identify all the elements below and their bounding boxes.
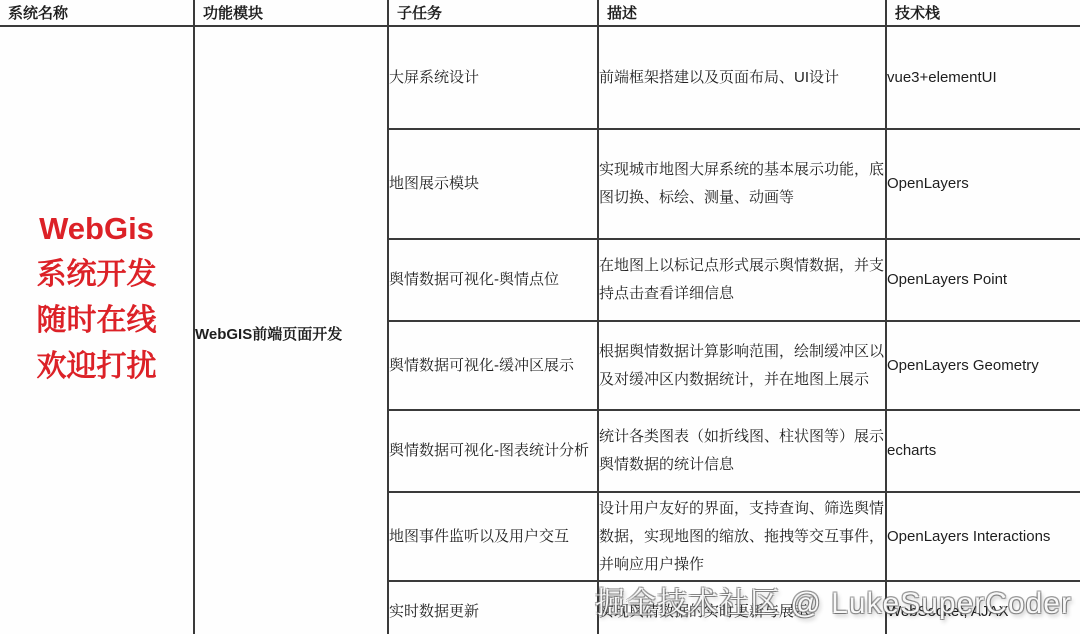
header-stack: 技术栈 <box>886 0 1080 26</box>
description-cell: 设计用户友好的界面，支持查询、筛选舆情数据，实现地图的缩放、拖拽等交互事件，并响… <box>598 492 886 581</box>
task-table: 系统名称 功能模块 子任务 描述 技术栈 WebGis 系统开发 随时在线 欢迎… <box>0 0 1080 634</box>
promo-title: WebGis <box>39 206 154 252</box>
subtask-cell: 地图展示模块 <box>388 129 598 239</box>
description-cell: 前端框架搭建以及页面布局、UI设计 <box>598 26 886 129</box>
header-description: 描述 <box>598 0 886 26</box>
module-cell: WebGIS前端页面开发 <box>194 26 388 634</box>
stack-cell: OpenLayers Interactions <box>886 492 1080 581</box>
promo-line: 欢迎打扰 <box>37 344 157 390</box>
stack-cell: OpenLayers Point <box>886 239 1080 321</box>
subtask-cell: 舆情数据可视化-缓冲区展示 <box>388 321 598 410</box>
system-name-cell: WebGis 系统开发 随时在线 欢迎打扰 <box>0 26 194 634</box>
promo-line: 系统开发 <box>37 252 157 298</box>
header-subtask: 子任务 <box>388 0 598 26</box>
stack-cell: OpenLayers Geometry <box>886 321 1080 410</box>
stack-cell: vue3+elementUI <box>886 26 1080 129</box>
subtask-cell: 大屏系统设计 <box>388 26 598 129</box>
stack-cell: OpenLayers <box>886 129 1080 239</box>
subtask-cell: 舆情数据可视化-图表统计分析 <box>388 410 598 492</box>
promo-line: 随时在线 <box>37 298 157 344</box>
subtask-cell: 舆情数据可视化-舆情点位 <box>388 239 598 321</box>
header-system-name: 系统名称 <box>0 0 194 26</box>
screenshot-root: 系统名称 功能模块 子任务 描述 技术栈 WebGis 系统开发 随时在线 欢迎… <box>0 0 1080 634</box>
description-cell: 在地图上以标记点形式展示舆情数据，并支持点击查看详细信息 <box>598 239 886 321</box>
header-module: 功能模块 <box>194 0 388 26</box>
table-header-row: 系统名称 功能模块 子任务 描述 技术栈 <box>0 0 1080 26</box>
description-cell: 实现城市地图大屏系统的基本展示功能，底图切换、标绘、测量、动画等 <box>598 129 886 239</box>
description-cell: 根据舆情数据计算影响范围，绘制缓冲区以及对缓冲区内数据统计，并在地图上展示 <box>598 321 886 410</box>
stack-cell: WebSocket, AJAX <box>886 581 1080 634</box>
description-cell: 统计各类图表（如折线图、柱状图等）展示舆情数据的统计信息 <box>598 410 886 492</box>
description-cell: 实现舆情数据的实时更新与展示 <box>598 581 886 634</box>
promo-text-block: WebGis 系统开发 随时在线 欢迎打扰 <box>0 206 193 462</box>
subtask-cell: 地图事件监听以及用户交互 <box>388 492 598 581</box>
subtask-cell: 实时数据更新 <box>388 581 598 634</box>
stack-cell: echarts <box>886 410 1080 492</box>
table-row: WebGis 系统开发 随时在线 欢迎打扰 WebGIS前端页面开发 大屏系统设… <box>0 26 1080 129</box>
